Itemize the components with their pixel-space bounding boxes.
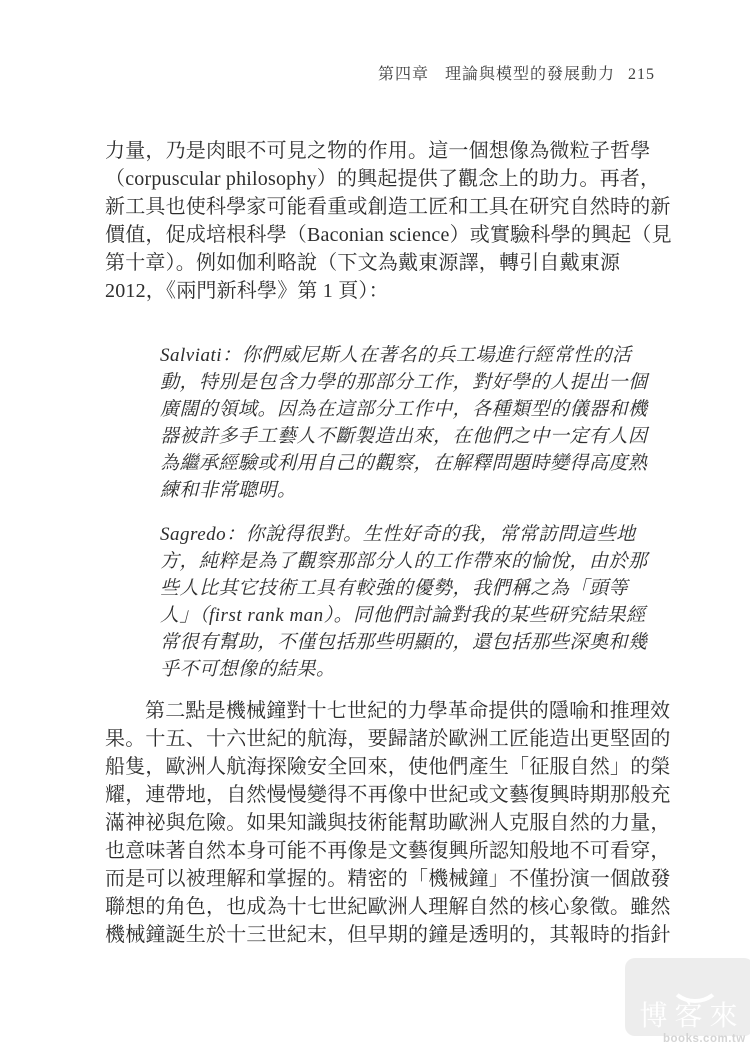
galileo-quote-block: Salviati：你們威尼斯人在著名的兵工場進行經常性的活 動，特別是包含力學的…	[160, 342, 660, 683]
page-header: 第四章 理論與模型的發展動力 215	[378, 61, 655, 84]
page-body: 力量，乃是肉眼不可見之物的作用。這一個想像為微粒子哲學 （corpuscular…	[105, 137, 665, 949]
bag-handle-icon	[669, 961, 721, 1003]
quote-salviati: Salviati：你們威尼斯人在著名的兵工場進行經常性的活 動，特別是包含力學的…	[160, 342, 660, 504]
chapter-title: 理論與模型的發展動力	[445, 61, 615, 84]
watermark-site-text: books.com.tw	[663, 1033, 746, 1045]
watermark-logo-text: 博客來	[625, 994, 750, 1034]
book-page: 第四章 理論與模型的發展動力 215 力量，乃是肉眼不可見之物的作用。這一個想像…	[0, 0, 750, 1054]
quote-sagredo: Sagredo：你說得很對。生性好奇的我，常常訪問這些地 方，純粹是為了觀察那部…	[160, 521, 660, 683]
paragraph-intro: 力量，乃是肉眼不可見之物的作用。這一個想像為微粒子哲學 （corpuscular…	[105, 137, 665, 305]
shopping-bag-icon: 博客來	[625, 958, 750, 1036]
paragraph-second-point: 第二點是機械鐘對十七世紀的力學革命提供的隱喻和推理效 果。十五、十六世紀的航海，…	[105, 697, 665, 949]
page-number: 215	[628, 66, 655, 84]
chapter-label: 第四章	[378, 61, 429, 84]
